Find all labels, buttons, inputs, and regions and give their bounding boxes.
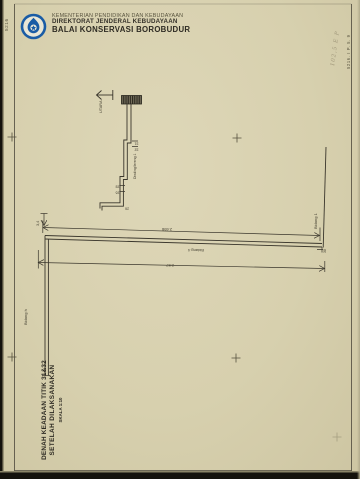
hatched-wall-section bbox=[122, 96, 142, 105]
north-label: UTARA bbox=[100, 100, 104, 113]
long-wall-lines bbox=[43, 147, 327, 376]
north-arrow-icon bbox=[97, 90, 114, 100]
title-line-2: SETELAH DILAKSANAKAN bbox=[49, 358, 56, 462]
point-label-32: 32 bbox=[132, 147, 141, 151]
step-label-28: 28 bbox=[113, 184, 122, 188]
bidang-h-label: Bidang h bbox=[24, 309, 28, 325]
bidang-1-label: Bidang 1 bbox=[314, 213, 318, 229]
title-scale: SKALA 1:10 bbox=[58, 358, 63, 462]
small-dimension-label: 3,4 bbox=[37, 221, 41, 226]
bottom-dimension-label: 2.57 bbox=[156, 263, 184, 267]
bidang-4-label: Bidang 4 bbox=[178, 248, 214, 252]
corner-label-38: 38 bbox=[324, 249, 328, 253]
title-line-1: DENAH KEADAAN TITIK 31&32 bbox=[41, 358, 48, 462]
wall-surface-label: Dinding/lereng 1 bbox=[134, 154, 138, 180]
title-block: DENAH KEADAAN TITIK 31&32 SETELAH DILAKS… bbox=[41, 358, 63, 462]
end-label-26: 26 bbox=[122, 206, 132, 210]
border-frame bbox=[15, 4, 352, 471]
point-label-31: 31 bbox=[132, 141, 141, 145]
step-label-26: 26 bbox=[113, 190, 122, 194]
top-dimension-label: 2.698 bbox=[152, 227, 182, 231]
scanned-drawing-sheet: KEMENTERIAN PENDIDIKAN DAN KEBUDAYAAN DI… bbox=[0, 0, 360, 479]
